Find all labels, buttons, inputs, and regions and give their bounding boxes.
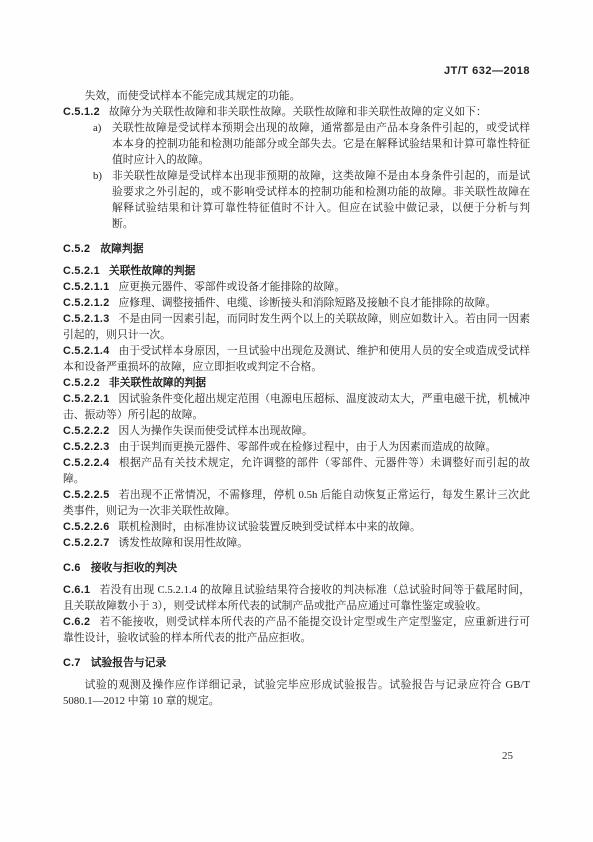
section-title: 故障判据 bbox=[100, 243, 143, 255]
clause-text: 联机检测时，由标准协议试验装置反映到受试样本中来的故障。 bbox=[119, 521, 421, 533]
page-content: 失效，而使受试样本不能完成其规定的功能。 C.5.1.2故障分为关联性故障和非关… bbox=[0, 88, 593, 709]
clause-number: C.5.2.1.4 bbox=[63, 345, 110, 357]
clause-c5223: C.5.2.2.3由于误判而更换元器件、零部件或在检修过程中，由于人为因素而造成… bbox=[63, 439, 530, 455]
section-heading-c6: C.6接收与拒收的判决 bbox=[63, 560, 530, 576]
clause-c61: C.6.1若没有出现 C.5.2.1.4 的故障且试验结果符合接收的判决标准（总… bbox=[63, 582, 530, 614]
clause-text: 由于误判而更换元器件、零部件或在检修过程中，由于人为因素而造成的故障。 bbox=[119, 441, 497, 453]
clause-c5222: C.5.2.2.2因人为操作失误而使受试样本出现故障。 bbox=[63, 423, 530, 439]
document-code-header: JT/T 632—2018 bbox=[0, 0, 593, 78]
subsection-title: 非关联性故障的判据 bbox=[109, 377, 206, 389]
paragraph-continuation: 失效，而使受试样本不能完成其规定的功能。 bbox=[63, 88, 530, 104]
clause-c5214: C.5.2.1.4由于受试样本身原因，一旦试验中出现危及测试、维护和使用人员的安… bbox=[63, 343, 530, 375]
clause-c5226: C.5.2.2.6联机检测时，由标准协议试验装置反映到受试样本中来的故障。 bbox=[63, 519, 530, 535]
clause-number: C.5.2.1.2 bbox=[63, 297, 110, 309]
section-title: 接收与拒收的判决 bbox=[91, 562, 177, 574]
clause-text: 根据产品有关技术规定，允许调整的部件（零部件、元器件等）未调整好而引起的故障。 bbox=[63, 457, 530, 485]
list-marker: b) bbox=[93, 168, 102, 184]
list-text: 关联性故障是受试样本预期会出现的故障，通常都是由产品本身条件引起的，或受试样本本… bbox=[112, 122, 530, 166]
clause-text: 因试验条件变化超出规定范围（电源电压超标、温度波动太大，严重电磁干扰，机械冲击、… bbox=[63, 393, 530, 421]
clause-text: 应修理、调整接插件、电缆、诊断接头和消除短路及接触不良才能排除的故障。 bbox=[119, 297, 497, 309]
clause-c5224: C.5.2.2.4根据产品有关技术规定，允许调整的部件（零部件、元器件等）未调整… bbox=[63, 455, 530, 487]
clause-number: C.5.2.1 bbox=[63, 265, 100, 277]
clause-text: 不是由同一因素引起，而同时发生两个以上的关联故障，则应如数计入。若由同一因素引起… bbox=[63, 313, 530, 341]
clause-text: 诱发性故障和误用性故障。 bbox=[119, 537, 249, 549]
clause-c5221: C.5.2.2.1因试验条件变化超出规定范围（电源电压超标、温度波动太大，严重电… bbox=[63, 391, 530, 423]
clause-number: C.6.2 bbox=[63, 616, 90, 628]
clause-number: C.5.2.1.3 bbox=[63, 313, 110, 325]
clause-c62: C.6.2若不能接收，则受试样本所代表的产品不能提交设计定型或生产定型鉴定，应重… bbox=[63, 614, 530, 646]
clause-text: 若没有出现 C.5.2.1.4 的故障且试验结果符合接收的判决标准（总试验时间等… bbox=[63, 584, 530, 612]
subsection-heading-c521: C.5.2.1关联性故障的判据 bbox=[63, 263, 530, 279]
page-number: 25 bbox=[502, 750, 513, 762]
section-title: 试验报告与记录 bbox=[91, 657, 167, 669]
clause-text: 故障分为关联性故障和非关联性故障。关联性故障和非关联性故障的定义如下： bbox=[109, 106, 487, 118]
clause-c5211: C.5.2.1.1应更换元器件、零部件或设备才能排除的故障。 bbox=[63, 279, 530, 295]
clause-number: C.5.2.2.6 bbox=[63, 521, 110, 533]
clause-number: C.5.2.2.4 bbox=[63, 457, 110, 469]
clause-number: C.5.2.2.7 bbox=[63, 537, 110, 549]
section-number: C.5.2 bbox=[63, 243, 90, 255]
clause-c5212: C.5.2.1.2应修理、调整接插件、电缆、诊断接头和消除短路及接触不良才能排除… bbox=[63, 295, 530, 311]
clause-text: 由于受试样本身原因，一旦试验中出现危及测试、维护和使用人员的安全或造成受试样本和… bbox=[63, 345, 530, 373]
clause-c5227: C.5.2.2.7诱发性故障和误用性故障。 bbox=[63, 535, 530, 551]
clause-text: 若出现不正常情况，不需修理，停机 0.5h 后能自动恢复正常运行，每发生累计三次… bbox=[63, 489, 530, 517]
clause-number: C.5.2.1.1 bbox=[63, 281, 110, 293]
clause-number: C.5.2.2.3 bbox=[63, 441, 110, 453]
paragraph-c7: 试验的观测及操作应作详细记录，试验完毕应形成试验报告。试验报告与记录应符合 GB… bbox=[63, 677, 530, 709]
section-heading-c7: C.7试验报告与记录 bbox=[63, 655, 530, 671]
clause-text: 因人为操作失误而使受试样本出现故障。 bbox=[119, 425, 313, 437]
clause-number: C.5.2.2 bbox=[63, 377, 100, 389]
clause-c512: C.5.1.2故障分为关联性故障和非关联性故障。关联性故障和非关联性故障的定义如… bbox=[63, 104, 530, 120]
clause-number: C.6.1 bbox=[63, 584, 90, 596]
list-item-b: b) 非关联性故障是受试样本出现非预期的故障，这类故障不是由本身条件引起的，而是… bbox=[63, 168, 530, 232]
clause-c5213: C.5.2.1.3不是由同一因素引起，而同时发生两个以上的关联故障，则应如数计入… bbox=[63, 311, 530, 343]
clause-number: C.5.1.2 bbox=[63, 106, 100, 118]
subsection-heading-c522: C.5.2.2非关联性故障的判据 bbox=[63, 375, 530, 391]
document-page: JT/T 632—2018 失效，而使受试样本不能完成其规定的功能。 C.5.1… bbox=[0, 0, 593, 842]
clause-number: C.5.2.2.5 bbox=[63, 489, 110, 501]
section-number: C.6 bbox=[63, 562, 81, 574]
list-text: 非关联性故障是受试样本出现非预期的故障，这类故障不是由本身条件引起的，而是试验要… bbox=[112, 170, 530, 230]
clause-c5225: C.5.2.2.5若出现不正常情况，不需修理，停机 0.5h 后能自动恢复正常运… bbox=[63, 487, 530, 519]
section-heading-c52: C.5.2故障判据 bbox=[63, 241, 530, 257]
clause-text: 若不能接收，则受试样本所代表的产品不能提交设计定型或生产定型鉴定，应重新进行可靠… bbox=[63, 616, 530, 644]
section-number: C.7 bbox=[63, 657, 81, 669]
clause-text: 应更换元器件、零部件或设备才能排除的故障。 bbox=[119, 281, 346, 293]
subsection-title: 关联性故障的判据 bbox=[109, 265, 195, 277]
list-marker: a) bbox=[93, 120, 101, 136]
clause-number: C.5.2.2.1 bbox=[63, 393, 110, 405]
clause-number: C.5.2.2.2 bbox=[63, 425, 110, 437]
list-item-a: a) 关联性故障是受试样本预期会出现的故障，通常都是由产品本身条件引起的，或受试… bbox=[63, 120, 530, 168]
